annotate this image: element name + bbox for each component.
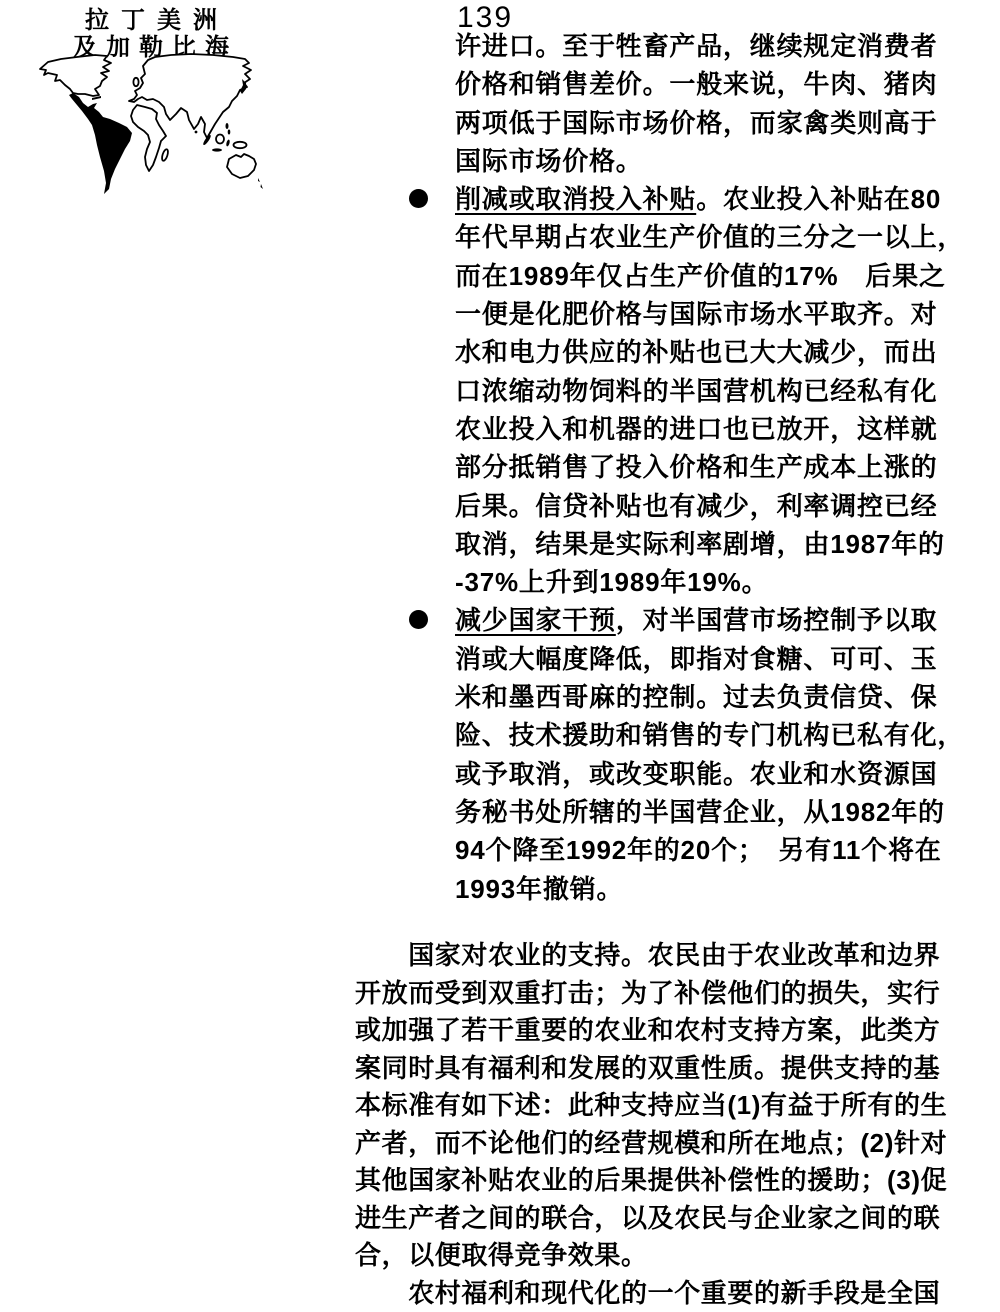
intro-paragraph: 许进口。至于牲畜产品，继续规定消费者价格和销售差价。一般来说，牛肉、猪肉两项低于… — [455, 27, 960, 180]
map-outline-continents — [40, 54, 256, 178]
bullet-lead-underlined: 减少国家干预 — [455, 605, 616, 635]
text-line: 合，以便取得竞争效果。 — [355, 1237, 960, 1275]
bullet-first-line: 减少国家干预，对半国营市场控制予以取 — [455, 601, 960, 639]
text-line: 年代早期占农业生产价值的三分之一以上， — [455, 218, 960, 256]
text-line: 而在1989年仅占生产价值的17% 后果之 — [455, 257, 960, 295]
bullet-body: 年代早期占农业生产价值的三分之一以上，而在1989年仅占生产价值的17% 后果之… — [455, 218, 960, 601]
text-line: 两项低于国际市场价格，而家禽类则高于 — [455, 104, 960, 142]
text-line: 消或大幅度降低，即指对食糖、可可、玉 — [455, 640, 960, 678]
text-line: 1993年撤销。 — [455, 870, 960, 908]
text-line: 其他国家补贴农业的后果提供补偿性的援助；(3)促 — [355, 1162, 960, 1200]
text-line: 农村福利和现代化的一个重要的新手段是全国 — [355, 1275, 960, 1312]
text-line: 价格和销售差价。一般来说，牛肉、猪肉 — [455, 65, 960, 103]
text-line: 或加强了若干重要的农业和农村支持方案，此类方 — [355, 1012, 960, 1050]
text-line: 一便是化肥价格与国际市场水平取齐。对 — [455, 295, 960, 333]
text-line: 水和电力供应的补贴也已大大减少，而出 — [455, 333, 960, 371]
bullet-lead-underlined: 削减或取消投入补贴 — [455, 184, 696, 214]
text-line: 险、技术援助和销售的专门机构已私有化， — [455, 716, 960, 754]
text-line: 产者，而不论他们的经营规模和所在地点；(2)针对 — [355, 1125, 960, 1163]
bullet-lead-suffix: 。农业投入补贴在80 — [696, 184, 941, 214]
text-line: 后果。信贷补贴也有减少，利率调控已经 — [455, 487, 960, 525]
main-text-column: 许进口。至于牲畜产品，继续规定消费者价格和销售差价。一般来说，牛肉、猪肉两项低于… — [455, 27, 960, 908]
bullet-lead-suffix: ，对半国营市场控制予以取 — [616, 605, 938, 635]
bullet-dot-icon — [409, 189, 428, 208]
text-line: 米和墨西哥麻的控制。过去负责信贷、保 — [455, 678, 960, 716]
text-line: 国家对农业的支持。农民由于农业改革和边界 — [355, 937, 960, 975]
text-line: 94个降至1992年的20个； 另有11个将在 — [455, 831, 960, 869]
text-line: 许进口。至于牲畜产品，继续规定消费者 — [455, 27, 960, 65]
text-line: 本标准有如下述：此种支持应当(1)有益于所有的生 — [355, 1087, 960, 1125]
text-line: 国际市场价格。 — [455, 142, 960, 180]
bullet-item-state-intervention: 减少国家干预，对半国营市场控制予以取 消或大幅度降低，即指对食糖、可可、玉米和墨… — [455, 601, 960, 907]
bullet-item-input-subsidies: 削减或取消投入补贴。农业投入补贴在80 年代早期占农业生产价值的三分之一以上，而… — [455, 180, 960, 601]
text-line: 口浓缩动物饲料的半国营机构已经私有化 — [455, 372, 960, 410]
text-line: 务秘书处所辖的半国营企业，从1982年的 — [455, 793, 960, 831]
text-line: 或予取消，或改变职能。农业和水资源国 — [455, 755, 960, 793]
text-line: 农业投入和机器的进口也已放开，这样就 — [455, 410, 960, 448]
text-line: 案同时具有福利和发展的双重性质。提供支持的基 — [355, 1050, 960, 1088]
text-line: -37%上升到1989年19%。 — [455, 563, 960, 601]
text-line: 取消，结果是实际利率剧增，由1987年的 — [455, 525, 960, 563]
bullet-body: 消或大幅度降低，即指对食糖、可可、玉米和墨西哥麻的控制。过去负责信贷、保险、技术… — [455, 640, 960, 908]
text-line: 进生产者之间的联合，以及农民与企业家之间的联 — [355, 1200, 960, 1238]
bullet-first-line: 削减或取消投入补贴。农业投入补贴在80 — [455, 180, 960, 218]
closing-paragraph: 国家对农业的支持。农民由于农业改革和边界开放而受到双重打击；为了补偿他们的损失，… — [355, 937, 960, 1312]
bullet-dot-icon — [409, 610, 428, 629]
text-line: 部分抵销售了投入价格和生产成本上涨的 — [455, 448, 960, 486]
text-line: 开放而受到双重打击；为了补偿他们的损失，实行 — [355, 975, 960, 1013]
world-map-icon — [33, 52, 267, 200]
document-page: 拉丁美洲 及加勒比海 — [0, 0, 1000, 1312]
